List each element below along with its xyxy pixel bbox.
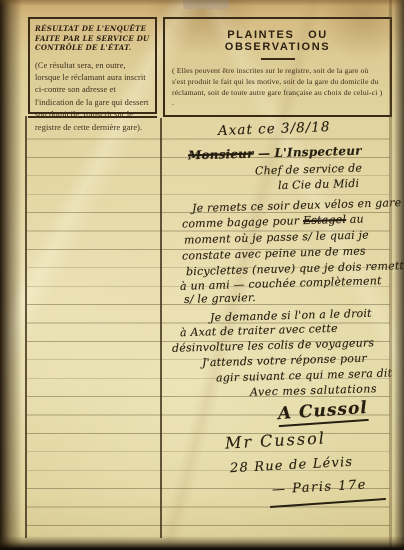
city-underline-flourish — [270, 498, 386, 508]
handwritten-letter: Axat ce 3/8/18 Monsieur — L'Inspecteur C… — [162, 118, 404, 538]
page-edge-shadow-top — [0, 0, 404, 6]
letter-recipient-line: la Cie du Midi — [278, 177, 360, 192]
letter-body-line: Je demande si l'on a le droit — [210, 307, 372, 325]
letter-body-line: comme bagage pour Estagel au — [182, 212, 364, 230]
complaints-box-title: PLAINTES OU OBSERVATIONS — [172, 29, 383, 53]
register-page-scan: RÉSULTAT DE L'ENQUÊTE FAITE PAR LE SERVI… — [0, 0, 404, 550]
letter-body-line: constate avec peine une de mes — [182, 244, 366, 262]
letter-closing: Avec mes salutations — [250, 382, 377, 399]
letter-body-line: J'attends votre réponse pour — [202, 352, 367, 370]
letter-body-line: s/ le gravier. — [184, 291, 256, 306]
page-edge-shadow-bottom — [0, 536, 404, 550]
signature: A Cussol — [277, 398, 368, 427]
sender-address: 28 Rue de Lévis — [230, 455, 354, 476]
struck-word: Monsieur — [188, 147, 254, 163]
sender-name: Mr Cussol — [225, 428, 327, 452]
letter-place-date: Axat ce 3/8/18 — [218, 119, 331, 139]
page-edge-shadow-left — [0, 0, 22, 550]
left-margin-line — [25, 116, 27, 538]
letter-recipient-line: Chef de service de — [255, 162, 362, 178]
complaints-box-note: ( Elles peuvent être inscrites sur le re… — [172, 66, 383, 109]
body-post: au — [346, 212, 364, 225]
sender-city: — Paris 17e — [272, 478, 368, 498]
title-underline-rule — [261, 58, 295, 60]
page-fold-line — [389, 0, 392, 550]
letter-body-line: Je remets ce soir deux vélos en gare — [192, 196, 402, 215]
result-header-box: RÉSULTAT DE L'ENQUÊTE FAITE PAR LE SERVI… — [28, 17, 157, 114]
letter-salutation: Monsieur — L'Inspecteur — [188, 144, 362, 163]
page-edge-shadow-right — [394, 0, 404, 550]
result-box-note: (Ce résultat sera, en outre, lorsque le … — [35, 60, 150, 134]
salutation-rest: — L'Inspecteur — [253, 144, 361, 161]
result-box-title: RÉSULTAT DE L'ENQUÊTE FAITE PAR LE SERVI… — [35, 24, 150, 53]
complaints-header-box: PLAINTES OU OBSERVATIONS ( Elles peuvent… — [163, 17, 392, 117]
letter-body-line: moment où je passe s/ le quai je — [184, 228, 369, 246]
body-pre: comme bagage pour — [182, 214, 303, 230]
letter-body-line: à Axat de traiter avec cette — [180, 322, 338, 339]
struck-word: Estagel — [303, 213, 346, 227]
